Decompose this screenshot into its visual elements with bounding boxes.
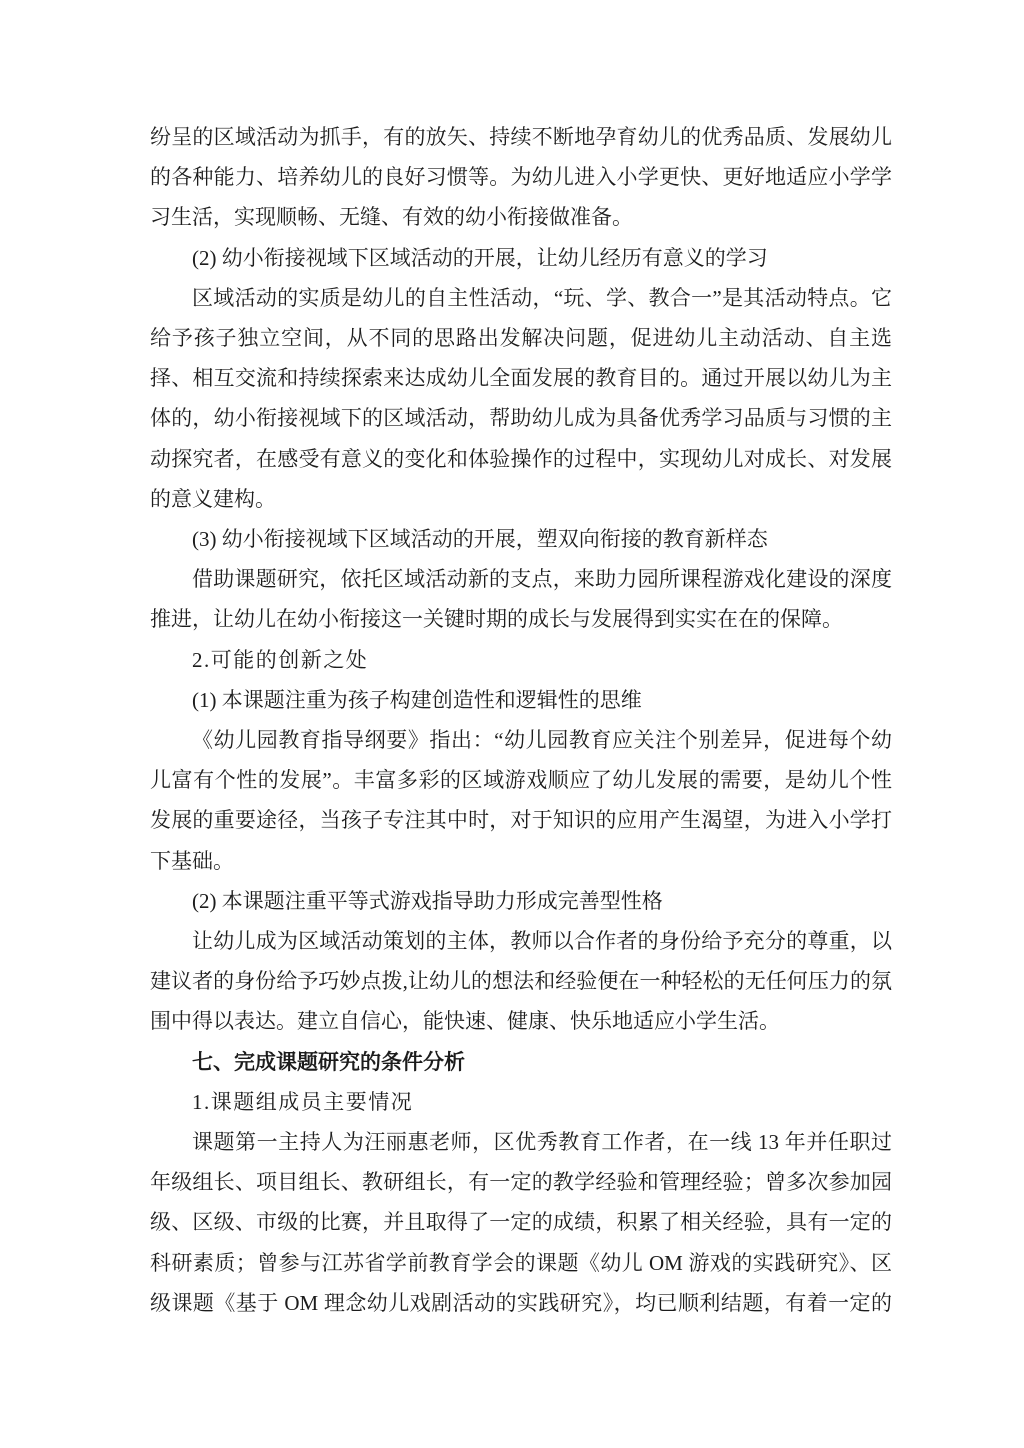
sub-section-heading: 2.可能的创新之处 (150, 640, 892, 680)
paragraph: 纷呈的区域活动为抓手，有的放矢、持续不断地孕育幼儿的优秀品质、发展幼儿的各种能力… (150, 117, 892, 238)
paragraph: 让幼儿成为区域活动策划的主体，教师以合作者的身份给予充分的尊重，以建议者的身份给… (150, 921, 892, 1042)
paragraph: 借助课题研究，依托区域活动新的支点，来助力园所课程游戏化建设的深度推进，让幼儿在… (150, 559, 892, 639)
numbered-subheading: (1) 本课题注重为孩子构建创造性和逻辑性的思维 (150, 680, 892, 720)
numbered-subheading: (3) 幼小衔接视域下区域活动的开展，塑双向衔接的教育新样态 (150, 519, 892, 559)
paragraph: 课题第一主持人为汪丽惠老师，区优秀教育工作者，在一线 13 年并任职过年级组长、… (150, 1122, 892, 1323)
document-text: 纷呈的区域活动为抓手，有的放矢、持续不断地孕育幼儿的优秀品质、发展幼儿的各种能力… (150, 117, 892, 1323)
paragraph: 区域活动的实质是幼儿的自主性活动，“玩、学、教合一”是其活动特点。它给予孩子独立… (150, 278, 892, 519)
document-page: 纷呈的区域活动为抓手，有的放矢、持续不断地孕育幼儿的优秀品质、发展幼儿的各种能力… (0, 0, 1024, 1448)
section-heading: 七、完成课题研究的条件分析 (150, 1042, 892, 1082)
sub-section-heading: 1.课题组成员主要情况 (150, 1082, 892, 1122)
numbered-subheading: (2) 本课题注重平等式游戏指导助力形成完善型性格 (150, 881, 892, 921)
paragraph: 《幼儿园教育指导纲要》指出：“幼儿园教育应关注个别差异，促进每个幼儿富有个性的发… (150, 720, 892, 881)
numbered-subheading: (2) 幼小衔接视域下区域活动的开展，让幼儿经历有意义的学习 (150, 238, 892, 278)
